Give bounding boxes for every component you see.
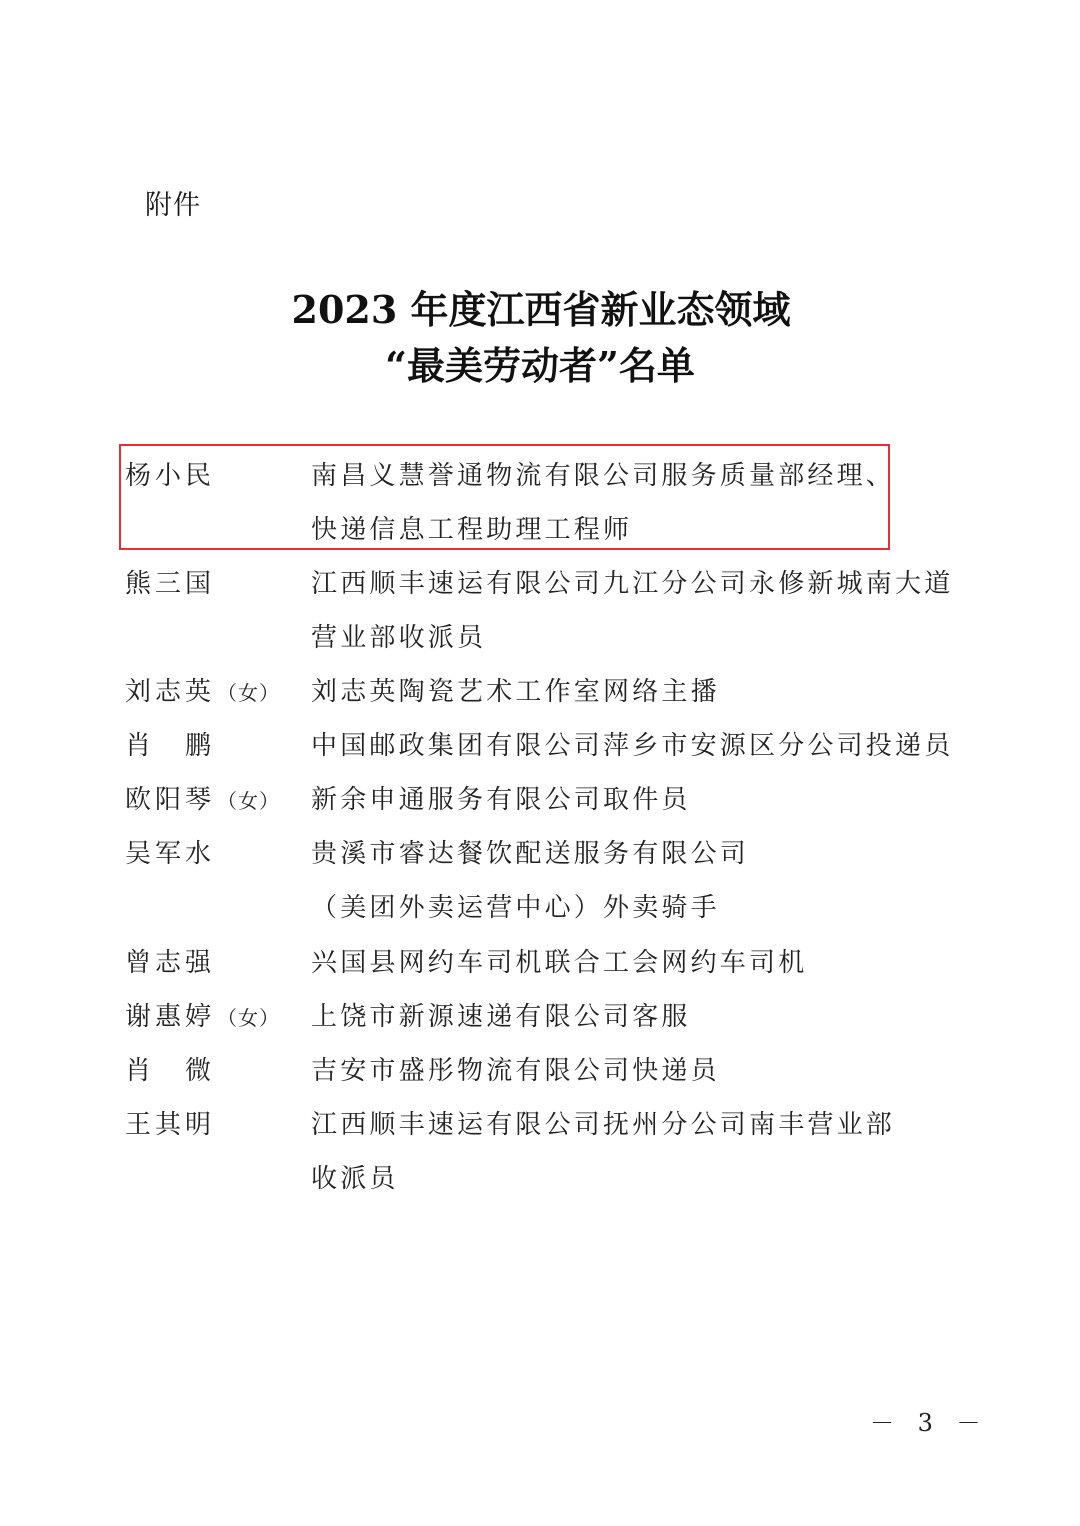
person-description: 兴国县网约车司机联合工会网约车司机 xyxy=(311,936,971,990)
person-name: 肖 鹏 xyxy=(125,725,217,762)
person-name: 曾志强 xyxy=(125,942,217,979)
person-name: 熊三国 xyxy=(125,563,217,600)
person-description: 江西顺丰速运有限公司抚州分公司南丰营业部 收派员 xyxy=(311,1098,971,1206)
person-name: 吴军水 xyxy=(125,833,217,870)
person-name: 谢惠婷（女） xyxy=(125,996,280,1033)
person-name: 欧阳琴（女） xyxy=(125,779,280,816)
person-description: 新余申通服务有限公司取件员 xyxy=(311,773,971,827)
person-description: 中国邮政集团有限公司萍乡市安源区分公司投递员 xyxy=(311,719,971,773)
title-line-1: 2023 年度江西省新业态领域 xyxy=(0,282,1080,338)
person-name: 刘志英（女） xyxy=(125,671,280,708)
person-name: 杨小民 xyxy=(125,455,217,492)
person-description: 刘志英陶瓷艺术工作室网络主播 xyxy=(311,665,971,719)
document-title: 2023 年度江西省新业态领域 “最美劳动者”名单 xyxy=(0,282,1080,394)
page-number: － 3 － xyxy=(870,1403,989,1438)
person-description: 贵溪市睿达餐饮配送服务有限公司 （美团外卖运营中心）外卖骑手 xyxy=(311,827,971,935)
person-name: 王其明 xyxy=(125,1104,217,1141)
person-description: 上饶市新源速递有限公司客服 xyxy=(311,990,971,1044)
person-description: 江西顺丰速运有限公司九江分公司永修新城南大道 营业部收派员 xyxy=(311,557,971,665)
person-name: 肖 微 xyxy=(125,1050,217,1087)
person-description: 吉安市盛彤物流有限公司快递员 xyxy=(311,1044,971,1098)
attachment-label: 附件 xyxy=(145,183,201,222)
person-description: 南昌义慧誉通物流有限公司服务质量部经理、 快递信息工程助理工程师 xyxy=(311,449,971,557)
title-line-2: “最美劳动者”名单 xyxy=(0,338,1080,394)
